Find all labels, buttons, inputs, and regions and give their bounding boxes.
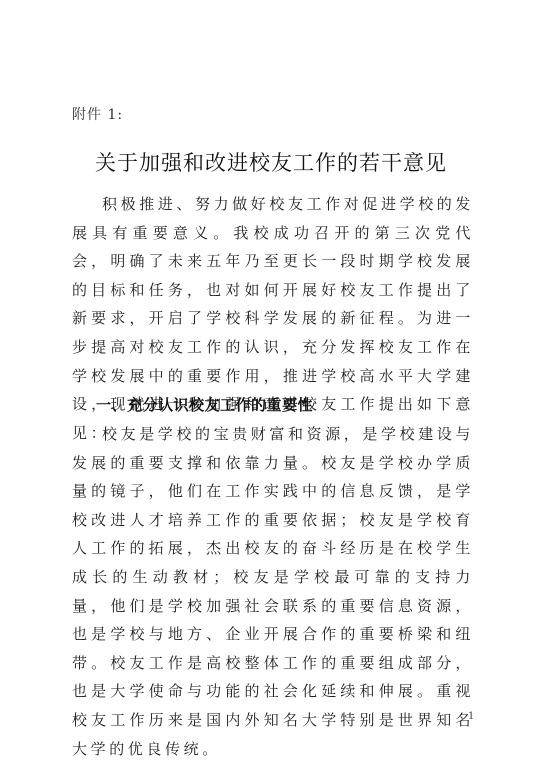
page-number: 1 <box>468 711 474 722</box>
section-heading: 一、充分认识校友工作的重要性 <box>96 394 313 415</box>
document-page: 附件 1: 关于加强和改进校友工作的若干意见 积极推进、努力做好校友工作对促进学… <box>0 0 542 768</box>
document-title: 关于加强和改进校友工作的若干意见 <box>0 147 542 177</box>
attachment-label: 附件 1: <box>72 104 123 124</box>
section-paragraph: 校友是学校的宝贵财富和资源，是学校建设与发展的重要支撑和依靠力量。校友是学校办学… <box>72 420 474 763</box>
section-body: 校友是学校的宝贵财富和资源，是学校建设与发展的重要支撑和依靠力量。校友是学校办学… <box>72 420 474 763</box>
